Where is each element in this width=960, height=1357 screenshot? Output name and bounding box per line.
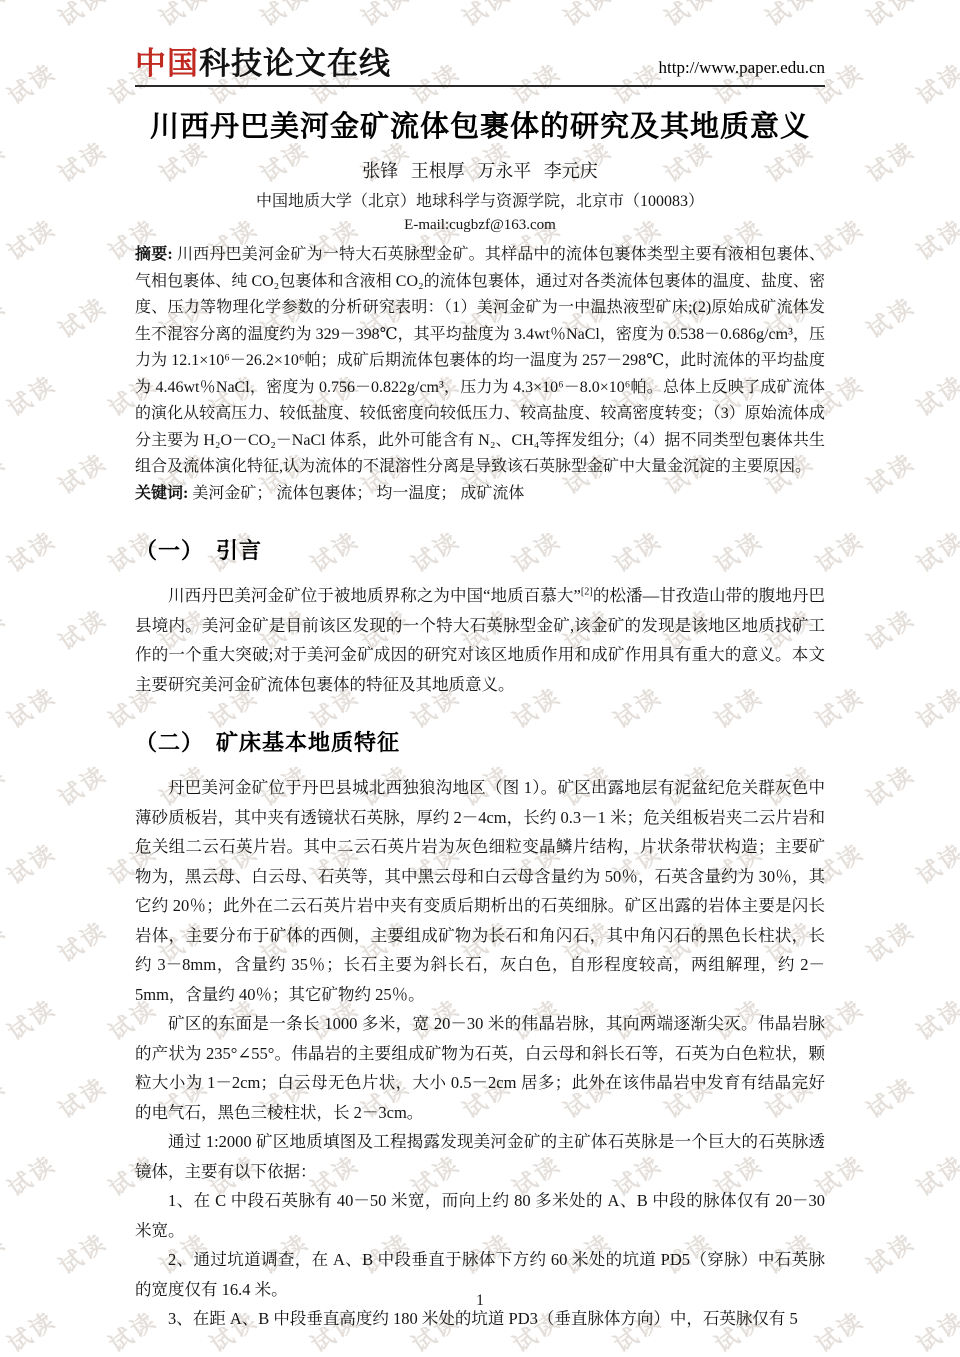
watermark-text: 试读	[51, 600, 113, 657]
page-number: 1	[0, 1292, 960, 1310]
watermark-text: 试读	[0, 288, 12, 345]
watermark-text: 试读	[0, 0, 12, 33]
watermark-text: 试读	[859, 132, 921, 189]
intro-paragraph: 川西丹巴美河金矿位于被地质界称之为中国“地质百慕大”[2]的松潘—甘孜造山带的腹…	[135, 581, 825, 699]
abstract-text: 川西丹巴美河金矿为一特大石英脉型金矿。其样品中的流体包裹体类型主要有液相包裹体、…	[135, 246, 825, 475]
watermark-text: 试读	[0, 834, 62, 891]
logo-black-text: 科技论文在线	[199, 46, 391, 81]
watermark-text: 试读	[859, 1068, 921, 1125]
list-item-1: 1、在 C 中段石英脉有 40－50 米宽，而向上约 80 多米处的 A、B 中…	[135, 1186, 825, 1245]
watermark-text: 试读	[0, 210, 62, 267]
watermark-text: 试读	[51, 132, 113, 189]
watermark-text: 试读	[0, 912, 12, 969]
watermark-text: 试读	[0, 600, 12, 657]
watermark-text: 试读	[0, 1224, 12, 1281]
watermark-text: 试读	[859, 912, 921, 969]
site-logo: 中国科技论文在线	[135, 48, 391, 81]
watermark-text: 试读	[859, 288, 921, 345]
watermark-text: 试读	[0, 1068, 12, 1125]
intro-text-before: 川西丹巴美河金矿位于被地质界称之为中国“地质百慕大”	[168, 586, 581, 605]
affiliation-line: 中国地质大学（北京）地球科学与资源学院，北京市（100083）	[135, 188, 825, 211]
watermark-text: 试读	[0, 132, 12, 189]
watermark-text: 试读	[909, 54, 960, 111]
watermark-text: 试读	[0, 366, 62, 423]
paragraph-geology-3: 通过 1:2000 矿区地质填图及工程揭露发现美河金矿的主矿体石英脉是一个巨大的…	[135, 1127, 825, 1186]
watermark-text: 试读	[51, 444, 113, 501]
paragraph-geology-1: 丹巴美河金矿位于丹巴县城北西独狼沟地区（图 1）。矿区出露地层有泥盆纪危关群灰色…	[135, 773, 825, 1009]
authors-line: 张锋 王根厚 万永平 李元庆	[135, 157, 825, 183]
watermark-text: 试读	[51, 1224, 113, 1281]
paragraph-geology-2: 矿区的东面是一条长 1000 多米，宽 20－30 米的伟晶岩脉，其向两端逐渐尖…	[135, 1009, 825, 1127]
watermark-text: 试读	[909, 834, 960, 891]
page: 试读试读试读试读试读试读试读试读试读试读试读试读试读试读试读试读试读试读试读试读…	[0, 0, 960, 1357]
watermark-text: 试读	[0, 678, 62, 735]
watermark-text: 试读	[0, 990, 62, 1047]
section-2-heading: （二） 矿床基本地质特征	[135, 726, 825, 757]
keywords-label: 关键词:	[135, 485, 188, 502]
watermark-text: 试读	[51, 756, 113, 813]
watermark-text: 试读	[909, 990, 960, 1047]
watermark-text: 试读	[0, 1302, 62, 1357]
watermark-text: 试读	[0, 756, 12, 813]
watermark-text: 试读	[909, 678, 960, 735]
watermark-text: 试读	[859, 0, 921, 33]
site-url-link[interactable]: http://www.paper.edu.cn	[659, 58, 826, 80]
watermark-text: 试读	[51, 912, 113, 969]
watermark-text: 试读	[51, 1068, 113, 1125]
watermark-text: 试读	[909, 210, 960, 267]
section-1-heading: （一） 引言	[135, 534, 825, 565]
watermark-text: 试读	[51, 288, 113, 345]
watermark-text: 试读	[859, 756, 921, 813]
watermark-text: 试读	[859, 600, 921, 657]
watermark-text: 试读	[51, 0, 113, 33]
page-header: 中国科技论文在线 http://www.paper.edu.cn	[135, 48, 825, 87]
watermark-text: 试读	[859, 444, 921, 501]
watermark-text: 试读	[909, 1302, 960, 1357]
abstract-paragraph: 摘要: 川西丹巴美河金矿为一特大石英脉型金矿。其样品中的流体包裹体类型主要有液相…	[135, 242, 825, 481]
watermark-text: 试读	[909, 1146, 960, 1203]
reference-superscript: [2]	[581, 587, 593, 598]
paper-title: 川西丹巴美河金矿流体包裹体的研究及其地质意义	[135, 109, 825, 147]
email-line: E-mail:cugbzf@163.com	[135, 217, 825, 234]
abstract-label: 摘要:	[135, 246, 173, 263]
watermark-text: 试读	[909, 366, 960, 423]
paper-content: 中国科技论文在线 http://www.paper.edu.cn 川西丹巴美河金…	[135, 0, 825, 1334]
logo-red-text: 中国	[135, 46, 199, 81]
keywords-text: 美河金矿； 流体包裹体； 均一温度； 成矿流体	[192, 485, 524, 502]
watermark-text: 试读	[0, 444, 12, 501]
watermark-text: 试读	[909, 522, 960, 579]
watermark-text: 试读	[0, 1146, 62, 1203]
keywords-line: 关键词: 美河金矿； 流体包裹体； 均一温度； 成矿流体	[135, 481, 825, 508]
watermark-text: 试读	[859, 1224, 921, 1281]
watermark-text: 试读	[0, 54, 62, 111]
watermark-text: 试读	[0, 522, 62, 579]
